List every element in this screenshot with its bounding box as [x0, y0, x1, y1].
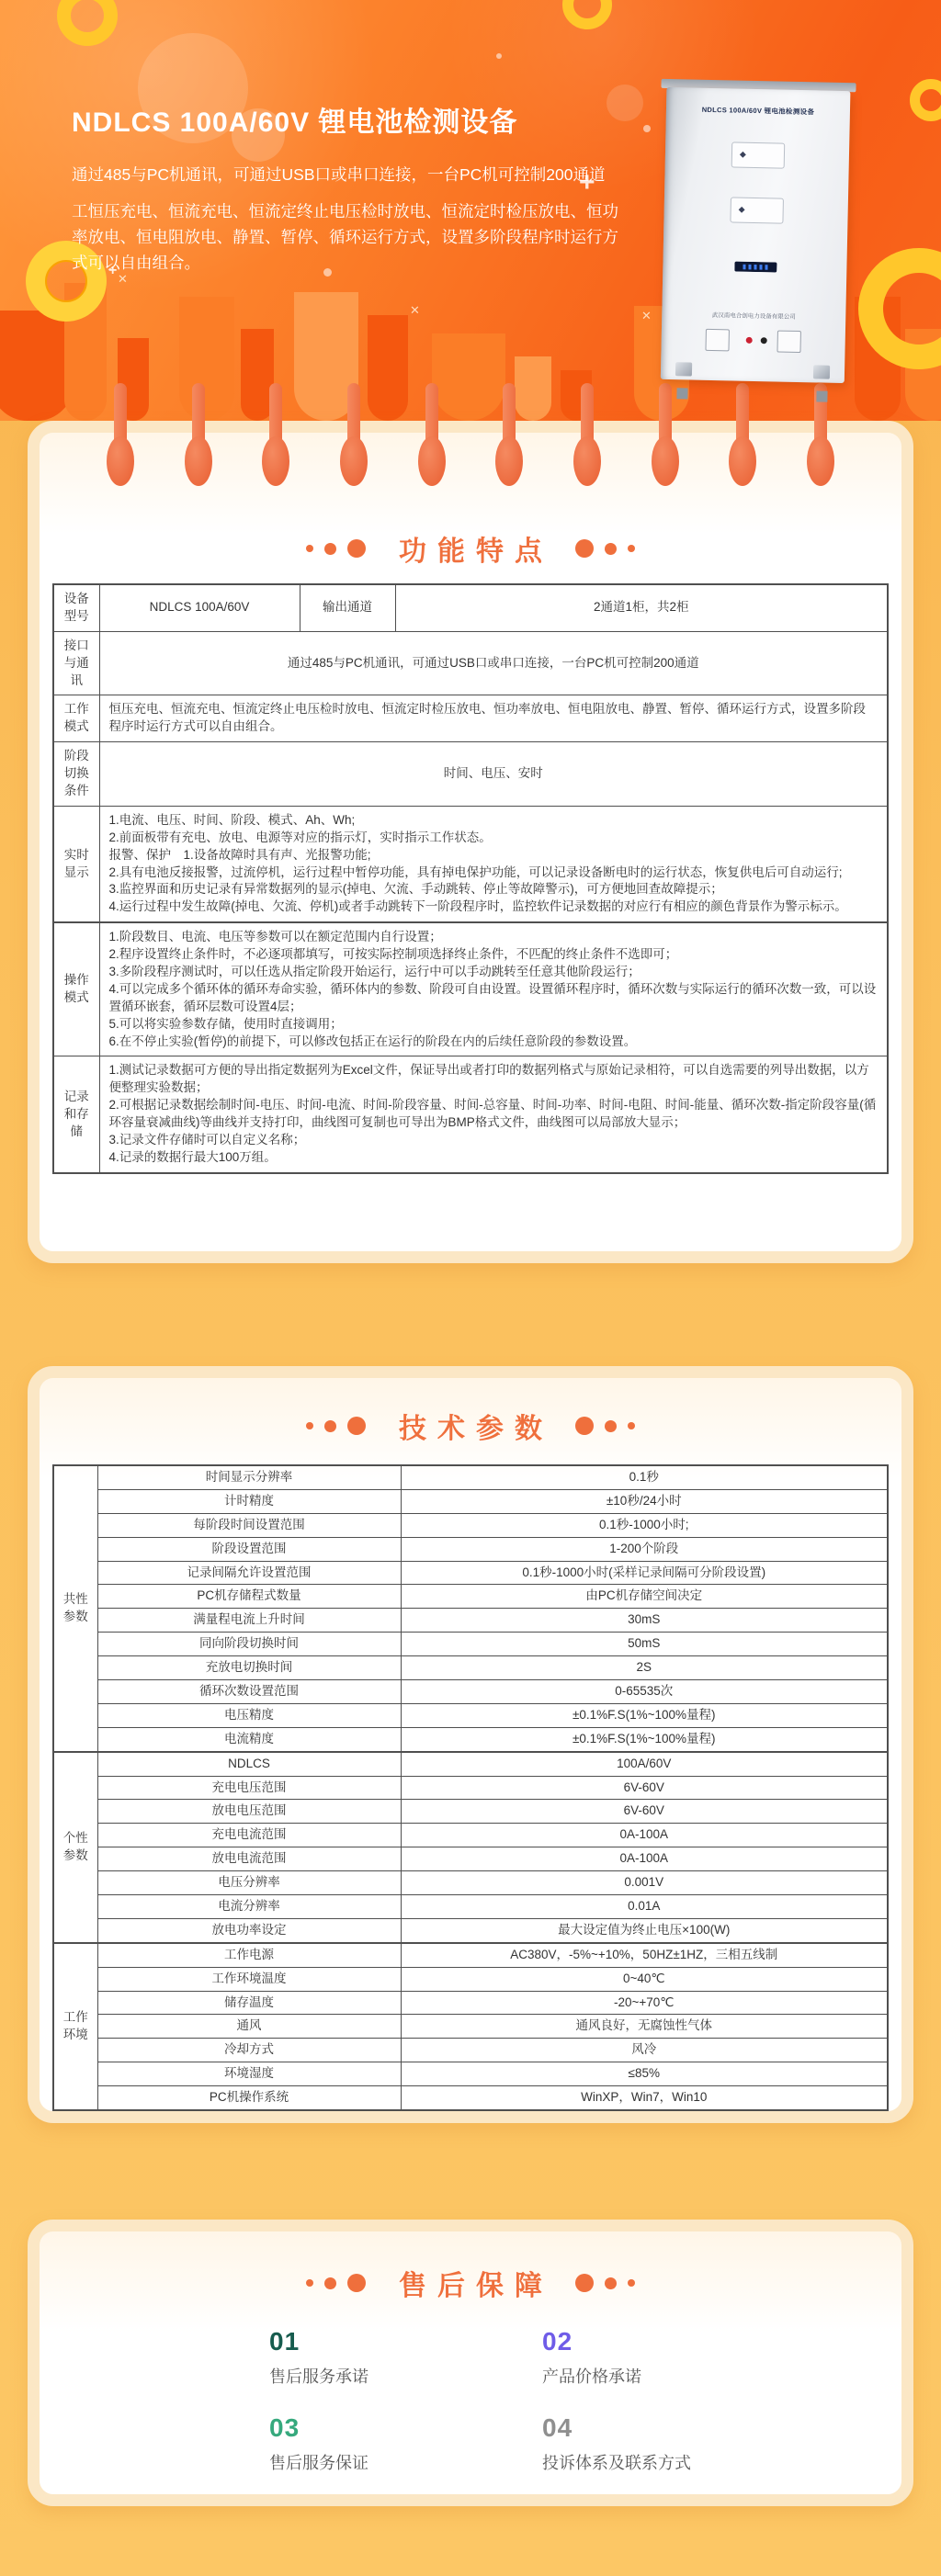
hero-banner: + + + ✕ ✕ ✕ ✕ NDLCS 100A/60V 锂电池检测设备 通过4…	[0, 0, 941, 421]
param-group-cell: 共性参数	[53, 1465, 97, 1752]
cabinet-control-panel	[730, 197, 784, 223]
param-value-cell: 0.01A	[401, 1895, 888, 1919]
dot-decoration	[643, 125, 651, 132]
param-name-cell: 工作模式	[53, 695, 99, 742]
param-name-cell: 阶段切换条件	[53, 742, 99, 807]
cabinet-led-strip	[734, 262, 777, 273]
table-row: 工作环境 工作电源 AC380V，-5%~+10%，50HZ±1HZ，三相五线制	[53, 1943, 888, 1967]
hero-subtitle: 通过485与PC机通讯，可通过USB口或串口连接，一台PC机可控制200通道	[72, 162, 632, 187]
param-name-cell: 接口与通讯	[53, 631, 99, 695]
table-row: 满量程电流上升时间30mS	[53, 1609, 888, 1633]
binder-pin	[268, 383, 283, 486]
aftersales-title-text: 售后保障	[388, 2263, 553, 2303]
param-name-cell: 实时显示	[53, 806, 99, 922]
param-name-cell: 记录和存储	[53, 1056, 99, 1173]
cabinet-control-panel	[731, 141, 786, 168]
param-group-cell: 个性参数	[53, 1752, 97, 1943]
param-name-cell: 阶段设置范围	[97, 1537, 401, 1561]
param-value-cell: 0.1秒	[401, 1465, 888, 1489]
table-row: 充电电流范围0A-100A	[53, 1824, 888, 1847]
table-row: 电压分辨率0.001V	[53, 1871, 888, 1895]
binder-pin	[580, 383, 595, 486]
item-number: 01	[269, 2327, 542, 2356]
param-name-cell: 循环次数设置范围	[97, 1680, 401, 1704]
param-name-cell: 储存温度	[97, 1991, 401, 2015]
item-number: 03	[269, 2413, 542, 2443]
param-name-cell: 工作环境温度	[97, 1967, 401, 1991]
table-row: 记录和存储 1.测试记录数据可方便的导出指定数据列为Excel文件，保证导出或者…	[53, 1056, 888, 1173]
param-value-cell: NDLCS 100A/60V	[99, 584, 300, 631]
table-row: 环境湿度≤85%	[53, 2062, 888, 2086]
item-number: 04	[542, 2413, 901, 2443]
product-image: NDLCS 100A/60V 锂电池检测设备 武汉南电合创电力设备有限公司	[660, 79, 850, 402]
param-name-cell: 通风	[97, 2015, 401, 2039]
param-value-cell: 0.1秒-1000小时(采样记录间隔可分阶段设置)	[401, 1561, 888, 1585]
table-row: 放电电压范围6V-60V	[53, 1800, 888, 1824]
table-row: 接口与通讯 通过485与PC机通讯，可通过USB口或串口连接，一台PC机可控制2…	[53, 631, 888, 695]
table-row: 设备型号 NDLCS 100A/60V 输出通道 2通道1柜，共2柜	[53, 584, 888, 631]
param-value-cell: 由PC机存储空间决定	[401, 1585, 888, 1609]
param-name-cell: 满量程电流上升时间	[97, 1609, 401, 1633]
table-row: 操作模式 1.阶段数目、电流、电压等参数可以在额定范围内自行设置； 2.程序设置…	[53, 922, 888, 1056]
table-row: 共性参数 时间显示分辨率 0.1秒	[53, 1465, 888, 1489]
title-dots-right-icon	[575, 2274, 635, 2292]
ring-decoration	[562, 0, 612, 29]
cabinet-body: NDLCS 100A/60V 锂电池检测设备 武汉南电合创电力设备有限公司	[661, 87, 851, 383]
param-group-cell: 工作环境	[53, 1943, 97, 2110]
param-name-cell: PC机操作系统	[97, 2086, 401, 2110]
param-name-cell: PC机存储程式数量	[97, 1585, 401, 1609]
table-row: 冷却方式风冷	[53, 2039, 888, 2062]
item-number: 02	[542, 2327, 901, 2356]
param-value-cell: 最大设定值为终止电压×100(W)	[401, 1918, 888, 1942]
param-value-cell: ±0.1%F.S(1%~100%量程)	[401, 1727, 888, 1751]
cabinet-label: NDLCS 100A/60V 锂电池检测设备	[675, 104, 841, 118]
features-title-text: 功能特点	[388, 528, 553, 569]
param-value-cell: 通风良好，无腐蚀性气体	[401, 2015, 888, 2039]
item-label: 售后服务承诺	[269, 2364, 542, 2388]
table-row: PC机存储程式数量由PC机存储空间决定	[53, 1585, 888, 1609]
table-row: 充电电压范围6V-60V	[53, 1776, 888, 1800]
table-row: 阶段切换条件 时间、电压、安时	[53, 742, 888, 807]
param-name-cell: 计时精度	[97, 1489, 401, 1513]
param-value-cell: 1-200个阶段	[401, 1537, 888, 1561]
aftersales-item: 02 产品价格承诺	[542, 2327, 901, 2388]
aftersales-card: 售后保障 01 售后服务承诺 02 产品价格承诺 03 售后服务保证 04 投诉…	[28, 2220, 913, 2506]
param-name-cell: 设备型号	[53, 584, 99, 631]
param-value-cell: 50mS	[401, 1633, 888, 1656]
param-value-cell: 100A/60V	[401, 1752, 888, 1776]
table-row: 通风通风良好，无腐蚀性气体	[53, 2015, 888, 2039]
cabinet-meter-panel	[661, 328, 845, 363]
table-row: 每阶段时间设置范围0.1秒-1000小时;	[53, 1513, 888, 1537]
param-value-cell: 0A-100A	[401, 1824, 888, 1847]
param-value-cell: 0~40℃	[401, 1967, 888, 1991]
title-dots-right-icon	[575, 539, 635, 558]
param-value-cell: 恒压充电、恒流充电、恒流定终止电压检时放电、恒流定时检压放电、恒功率放电、恒电阻…	[99, 695, 888, 742]
param-value-cell: 时间、电压、安时	[99, 742, 888, 807]
table-row: 电压精度±0.1%F.S(1%~100%量程)	[53, 1703, 888, 1727]
table-row: 电流分辨率0.01A	[53, 1895, 888, 1919]
param-name-cell: 操作模式	[53, 922, 99, 1056]
table-row: 电流精度±0.1%F.S(1%~100%量程)	[53, 1727, 888, 1751]
item-label: 产品价格承诺	[542, 2364, 901, 2388]
product-title: NDLCS 100A/60V 锂电池检测设备	[72, 99, 632, 140]
cabinet-latch	[813, 365, 830, 378]
param-name-cell: 每阶段时间设置范围	[97, 1513, 401, 1537]
param-value-cell: 0-65535次	[401, 1680, 888, 1704]
cross-decoration: ✕	[410, 303, 420, 318]
table-row: 放电功率设定最大设定值为终止电压×100(W)	[53, 1918, 888, 1942]
table-row: 循环次数设置范围0-65535次	[53, 1680, 888, 1704]
meter-gauge	[705, 329, 729, 352]
param-value-cell: ±10秒/24小时	[401, 1489, 888, 1513]
table-row: 放电电流范围0A-100A	[53, 1847, 888, 1871]
param-value-cell: 0.1秒-1000小时;	[401, 1513, 888, 1537]
table-row: 工作环境温度0~40℃	[53, 1967, 888, 1991]
param-value-cell: 通过485与PC机通讯，可通过USB口或串口连接，一台PC机可控制200通道	[99, 631, 888, 695]
binder-pin	[502, 383, 516, 486]
title-dots-left-icon	[306, 539, 366, 558]
param-name-cell: 充放电切换时间	[97, 1656, 401, 1680]
aftersales-grid: 01 售后服务承诺 02 产品价格承诺 03 售后服务保证 04 投诉体系及联系…	[40, 2327, 901, 2474]
param-name-cell: 充电电流范围	[97, 1824, 401, 1847]
specs-section-title: 技术参数	[40, 1378, 901, 1446]
param-name-cell: 放电电压范围	[97, 1800, 401, 1824]
table-row: 工作模式 恒压充电、恒流充电、恒流定终止电压检时放电、恒流定时检压放电、恒功率放…	[53, 695, 888, 742]
table-row: 同向阶段切换时间50mS	[53, 1633, 888, 1656]
table-row: 阶段设置范围1-200个阶段	[53, 1537, 888, 1561]
param-name-cell: 电流分辨率	[97, 1895, 401, 1919]
param-value-cell: 6V-60V	[401, 1800, 888, 1824]
specs-table: 共性参数 时间显示分辨率 0.1秒 计时精度±10秒/24小时 每阶段时间设置范…	[52, 1464, 889, 2111]
param-value-cell: AC380V，-5%~+10%，50HZ±1HZ，三相五线制	[401, 1943, 888, 1967]
item-label: 售后服务保证	[269, 2450, 542, 2474]
param-value-cell: 30mS	[401, 1609, 888, 1633]
hero-description: 工恒压充电、恒流充电、恒流定终止电压检时放电、恒流定时检压放电、恒功率放电、恒电…	[72, 198, 632, 276]
param-name-cell: 电压精度	[97, 1703, 401, 1727]
red-terminal-knob	[746, 337, 753, 344]
param-name-cell: 记录间隔允许设置范围	[97, 1561, 401, 1585]
table-row: PC机操作系统WinXP，Win7，Win10	[53, 2086, 888, 2110]
table-row: 储存温度-20~+70℃	[53, 1991, 888, 2015]
param-name-cell: NDLCS	[97, 1752, 401, 1776]
param-value-cell: ±0.1%F.S(1%~100%量程)	[401, 1703, 888, 1727]
title-dots-left-icon	[306, 2274, 366, 2292]
param-value-cell: ≤85%	[401, 2062, 888, 2086]
binder-pin	[191, 383, 206, 486]
table-row: 实时显示 1.电流、电压、时间、阶段、模式、Ah、Wh; 2.前面板带有充电、放…	[53, 806, 888, 922]
aftersales-section-title: 售后保障	[40, 2231, 901, 2303]
param-name-cell: 电流精度	[97, 1727, 401, 1751]
param-name-cell: 时间显示分辨率	[97, 1465, 401, 1489]
param-name-cell: 工作电源	[97, 1943, 401, 1967]
param-value-cell: 风冷	[401, 2039, 888, 2062]
table-row: 记录间隔允许设置范围0.1秒-1000小时(采样记录间隔可分阶段设置)	[53, 1561, 888, 1585]
param-value-cell: WinXP，Win7，Win10	[401, 2086, 888, 2110]
param-name-cell: 放电电流范围	[97, 1847, 401, 1871]
param-value-cell: 2S	[401, 1656, 888, 1680]
black-terminal-knob	[761, 337, 767, 344]
item-label: 投诉体系及联系方式	[542, 2450, 901, 2474]
cross-decoration: ✕	[641, 309, 652, 323]
param-value-cell: 2通道1柜，共2柜	[395, 584, 888, 631]
binder-pin	[425, 383, 439, 486]
specs-title-text: 技术参数	[388, 1406, 553, 1446]
ring-decoration	[910, 79, 941, 121]
features-card: 功能特点 设备型号 NDLCS 100A/60V 输出通道 2通道1柜，共2柜 …	[28, 421, 913, 1263]
aftersales-item: 01 售后服务承诺	[269, 2327, 542, 2388]
ring-decoration	[57, 0, 118, 46]
param-name-cell: 充电电压范围	[97, 1776, 401, 1800]
table-row: 个性参数 NDLCS 100A/60V	[53, 1752, 888, 1776]
param-value-cell: 1.电流、电压、时间、阶段、模式、Ah、Wh; 2.前面板带有充电、放电、电源等…	[99, 806, 888, 922]
hero-text-block: NDLCS 100A/60V 锂电池检测设备 通过485与PC机通讯，可通过US…	[72, 99, 632, 276]
title-dots-right-icon	[575, 1417, 635, 1435]
title-dots-left-icon	[306, 1417, 366, 1435]
param-name-cell: 电压分辨率	[97, 1871, 401, 1895]
param-name-cell: 冷却方式	[97, 2039, 401, 2062]
aftersales-item: 03 售后服务保证	[269, 2413, 542, 2474]
cabinet-latch	[675, 362, 692, 376]
param-name-cell: 输出通道	[300, 584, 395, 631]
table-row: 充放电切换时间2S	[53, 1656, 888, 1680]
meter-gauge	[777, 331, 800, 354]
binder-pin	[113, 383, 128, 486]
table-row: 计时精度±10秒/24小时	[53, 1489, 888, 1513]
param-value-cell: 0.001V	[401, 1871, 888, 1895]
param-name-cell: 环境湿度	[97, 2062, 401, 2086]
aftersales-item: 04 投诉体系及联系方式	[542, 2413, 901, 2474]
features-table: 设备型号 NDLCS 100A/60V 输出通道 2通道1柜，共2柜 接口与通讯…	[52, 583, 889, 1174]
param-value-cell: 0A-100A	[401, 1847, 888, 1871]
param-value-cell: 1.测试记录数据可方便的导出指定数据列为Excel文件，保证导出或者打印的数据列…	[99, 1056, 888, 1173]
param-name-cell: 放电功率设定	[97, 1918, 401, 1942]
specs-card: 技术参数 共性参数 时间显示分辨率 0.1秒 计时精度±10秒/24小时 每阶段…	[28, 1366, 913, 2123]
param-name-cell: 同向阶段切换时间	[97, 1633, 401, 1656]
param-value-cell: 6V-60V	[401, 1776, 888, 1800]
param-value-cell: -20~+70℃	[401, 1991, 888, 2015]
param-value-cell: 1.阶段数目、电流、电压等参数可以在额定范围内自行设置； 2.程序设置终止条件时…	[99, 922, 888, 1056]
cabinet-brand-text: 武汉南电合创电力设备有限公司	[671, 310, 836, 322]
binder-pin	[346, 383, 361, 486]
dot-decoration	[496, 53, 502, 59]
page: + + + ✕ ✕ ✕ ✕ NDLCS 100A/60V 锂电池检测设备 通过4…	[0, 0, 941, 2576]
